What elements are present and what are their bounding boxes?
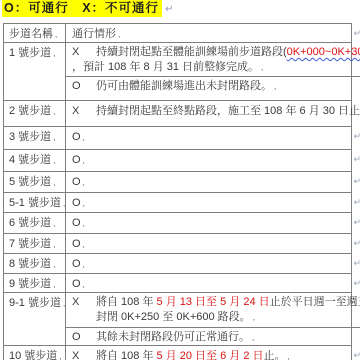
trail-name-cell: 8 號步道, [4, 254, 66, 273]
o-mark: O [72, 131, 81, 143]
document-page: O：可通行 X：不可通行↵ 步道名稱, 通行情形,↵ 1 號步道, X持續封閉起… [0, 0, 360, 360]
status-cell-stack: X持續封閉起點至體能訓練場前步道路段(0K+000~0K+300 間)↓↵ ，預… [66, 43, 360, 100]
cell-end-mark-icon: , [53, 107, 55, 116]
cell-end-mark-icon: , [53, 240, 55, 249]
status-closed-subcell: X持續封閉起點至體能訓練場前步道路段(0K+000~0K+300 間)↓↵ ，預… [66, 43, 360, 77]
table-row: 5 號步道, O,↵ [4, 172, 351, 193]
o-mark: O [72, 154, 81, 166]
cell-end-mark-icon: , [63, 199, 65, 208]
legend-line: O：可通行 X：不可通行↵ [2, 1, 173, 17]
status-cell: O,↵ [66, 150, 351, 171]
trail-name: 6 號步道 [9, 217, 51, 229]
cell-end-mark-icon: , [53, 133, 55, 142]
header-name-label: 步道名稱 [9, 28, 53, 40]
o-mark: O [72, 79, 96, 93]
table-row: 8 號步道, O,↵ [4, 254, 351, 274]
status-cell: O,↵ [66, 213, 351, 233]
cell-end-mark-icon: , [55, 30, 57, 39]
trail-name: 1 號步道 [9, 47, 51, 59]
x-mark: X [72, 104, 96, 118]
status-cell: O,↵ [66, 274, 351, 292]
row-end-mark-icon: ↵ [353, 195, 360, 209]
table-row: 2 號步道, X持續封閉起點至終點路段，施工至 108 年 6 月 30 日止。… [4, 101, 351, 127]
trail-name-cell: 6 號步道, [4, 213, 66, 233]
trail-name-cell: 1 號步道, [4, 43, 66, 100]
o-mark: O [72, 330, 96, 344]
row-end-mark-icon: ↵ [353, 348, 360, 360]
header-cell-status: 通行情形,↵ [66, 24, 351, 42]
row-end-mark-icon: ↵ [353, 256, 360, 270]
status-text: 止於平日週一至週五施工， [270, 296, 360, 308]
trail-name: 10 號步道 [9, 350, 57, 360]
cell-end-mark-icon: , [53, 260, 55, 269]
cell-end-mark-icon: , [63, 299, 65, 308]
row-end-mark-icon: ↵ [353, 174, 360, 188]
row-end-mark-icon: ↵ [353, 236, 360, 250]
header-status-label: 通行情形 [72, 28, 116, 40]
cell-end-mark-icon: , [288, 352, 290, 360]
status-cell: O,↵ [66, 127, 351, 149]
status-text: 將自 108 年 [96, 296, 157, 308]
row-end-mark-icon: ↵ [353, 152, 360, 166]
o-mark: O [72, 176, 81, 188]
status-open-subcell: O其餘未封閉路段仍可正常通行。,↵ [66, 328, 360, 345]
status-cell: X持續封閉起點至終點路段，施工至 108 年 6 月 30 日止。,↵ [66, 101, 360, 126]
trail-name-cell: 10 號步道, [4, 346, 66, 360]
cell-end-mark-icon: , [83, 260, 85, 269]
cell-end-mark-icon: , [83, 133, 85, 142]
status-line: ，預計 108 年 8 月 31 日前整修完成。, [72, 60, 360, 75]
o-mark: O [72, 217, 81, 229]
status-text: ，預計 108 年 8 月 31 日前整修完成。 [72, 61, 259, 73]
status-text: 持續封閉起點至終點路段，施工至 108 年 6 月 30 日止。 [96, 105, 360, 117]
o-mark: O [72, 197, 81, 209]
trail-name-cell: 5 號步道, [4, 172, 66, 192]
cell-end-mark-icon: , [53, 49, 55, 58]
status-text-red-wavy: 0K+000~0K+300 [287, 46, 360, 58]
trail-name: 5-1 號步道 [9, 197, 61, 209]
header-cell-name: 步道名稱, [4, 24, 66, 42]
cell-end-mark-icon: , [261, 63, 263, 72]
status-cell: X將自 108 年 5 月 20 日至 6 月 2 日止。,↵ [66, 346, 351, 360]
trail-name-cell: 9 號步道, [4, 274, 66, 292]
cell-end-mark-icon: , [83, 280, 85, 289]
table-row: 9 號步道, O,↵ [4, 274, 351, 293]
trail-name: 9 號步道 [9, 278, 51, 290]
trail-status-table: 步道名稱, 通行情形,↵ 1 號步道, X持續封閉起點至體能訓練場前步道路段(0… [3, 23, 352, 360]
cell-end-mark-icon: , [83, 199, 85, 208]
trail-name: 3 號步道 [9, 131, 51, 143]
trail-name-cell: 3 號步道, [4, 127, 66, 149]
status-text: 將自 108 年 [96, 350, 157, 360]
status-line: X將自 108 年 5 月 13 日至 5 月 24 日止於平日週一至週五施工，… [72, 295, 360, 310]
trail-name: 7 號步道 [9, 238, 51, 250]
status-closed-subcell: X將自 108 年 5 月 13 日至 5 月 24 日止於平日週一至週五施工，… [66, 293, 360, 328]
cell-end-mark-icon: , [59, 352, 61, 360]
table-row: 5-1 號步道, O,↵ [4, 193, 351, 213]
row-end-mark-icon: ↵ [353, 26, 360, 40]
status-line: 封閉 0K+250 至 0K+600 路段。, [72, 310, 360, 325]
status-cell-stack: X將自 108 年 5 月 13 日至 5 月 24 日止於平日週一至週五施工，… [66, 293, 360, 345]
status-text: 仍可由體能訓練場進出未封閉路段。 [96, 80, 272, 92]
status-cell: O,↵ [66, 193, 351, 212]
trail-name-cell: 9-1 號步道, [4, 293, 66, 345]
cell-end-mark-icon: , [118, 30, 120, 39]
status-open-subcell: O仍可由體能訓練場進出未封閉路段。,↵ [66, 77, 360, 100]
table-row: 7 號步道, O,↵ [4, 234, 351, 254]
status-cell: O,↵ [66, 172, 351, 192]
status-text: 持續封閉起點至體能訓練場前步道路段( [96, 46, 287, 58]
status-text: 其餘未封閉路段仍可正常通行。 [96, 331, 250, 343]
trail-name: 8 號步道 [9, 258, 51, 270]
row-end-mark-icon: ↵ [353, 129, 360, 143]
row-end-mark-icon: ↵ [353, 276, 360, 290]
paragraph-mark-icon: ↵ [165, 4, 173, 15]
cell-end-mark-icon: , [53, 178, 55, 187]
table-row: 4 號步道, O,↵ [4, 150, 351, 172]
cell-end-mark-icon: , [83, 156, 85, 165]
status-cell: O,↵ [66, 234, 351, 253]
table-row: 1 號步道, X持續封閉起點至體能訓練場前步道路段(0K+000~0K+300 … [4, 43, 351, 101]
trail-name-cell: 2 號步道, [4, 101, 66, 126]
cell-end-mark-icon: , [83, 219, 85, 228]
status-text-red: 5 月 20 日至 6 月 2 日 [157, 350, 264, 360]
status-text: 。 [275, 350, 286, 360]
cell-end-mark-icon: , [83, 178, 85, 187]
status-line: X持續封閉起點至體能訓練場前步道路段(0K+000~0K+300 間)↓↵ [72, 45, 360, 60]
status-text: 封閉 0K+250 至 0K+600 路段。 [96, 311, 251, 323]
trail-name-cell: 7 號步道, [4, 234, 66, 253]
cell-end-mark-icon: , [253, 313, 255, 322]
trail-name: 2 號步道 [9, 105, 51, 117]
cell-end-mark-icon: , [83, 240, 85, 249]
cell-end-mark-icon: , [53, 219, 55, 228]
legend-text: O：可通行 X：不可通行 [2, 0, 162, 17]
x-mark: X [72, 45, 96, 60]
x-mark: X [72, 349, 96, 360]
trail-name: 9-1 號步道 [9, 297, 61, 309]
cell-end-mark-icon: , [53, 280, 55, 289]
table-row: 6 號步道, O,↵ [4, 213, 351, 234]
cell-end-mark-icon: , [252, 333, 254, 342]
o-mark: O [72, 238, 81, 250]
table-row: 3 號步道, O,↵ [4, 127, 351, 150]
o-mark: O [72, 278, 81, 290]
row-end-mark-icon: ↵ [353, 215, 360, 229]
x-mark: X [72, 295, 96, 310]
trail-name-cell: 5-1 號步道, [4, 193, 66, 212]
table-header-row: 步道名稱, 通行情形,↵ [4, 24, 351, 43]
table-row: 9-1 號步道, X將自 108 年 5 月 13 日至 5 月 24 日止於平… [4, 293, 351, 346]
status-text-red: 5 月 13 日至 5 月 24 日 [157, 296, 270, 308]
o-mark: O [72, 258, 81, 270]
trail-name: 4 號步道 [9, 154, 51, 166]
cell-end-mark-icon: , [274, 82, 276, 91]
status-cell: O,↵ [66, 254, 351, 273]
cell-end-mark-icon: , [53, 156, 55, 165]
trail-name: 5 號步道 [9, 176, 51, 188]
trail-name-cell: 4 號步道, [4, 150, 66, 171]
table-row: 10 號步道, X將自 108 年 5 月 20 日至 6 月 2 日止。,↵ [4, 346, 351, 360]
status-text-dotted: 止 [264, 350, 275, 360]
